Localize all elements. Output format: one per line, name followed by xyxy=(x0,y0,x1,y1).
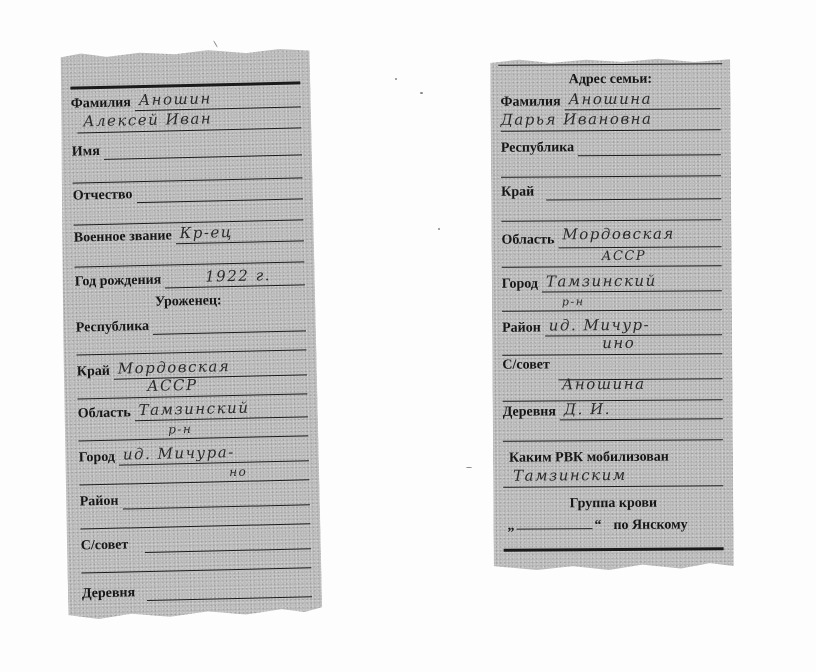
scan-speck xyxy=(420,92,423,94)
family-republic-label: Республика xyxy=(501,140,574,157)
family-village-value: Д. И. xyxy=(564,400,611,418)
patronymic-field xyxy=(136,182,303,203)
family-address-heading: Адрес семьи: xyxy=(490,71,730,89)
family-village-label: Деревня xyxy=(503,404,556,420)
mobilized-by-field: Тамзинским xyxy=(503,467,723,488)
family-district-continuation: ино xyxy=(502,335,722,356)
blood-group-system: по Янскому xyxy=(613,517,687,534)
rank-value: Кр-ец xyxy=(179,223,233,242)
blood-group-field xyxy=(516,528,592,530)
rank-field: Кр-ец xyxy=(176,224,304,244)
family-city-value: Тамзинский xyxy=(546,272,657,291)
family-city-continuation: р-н xyxy=(502,291,722,312)
given-names-value: Алексей Иван xyxy=(83,109,212,130)
bottom-rule xyxy=(504,547,724,552)
family-village-council-label: С/совет xyxy=(502,358,550,372)
family-village-council-value: Аношина xyxy=(562,375,646,394)
family-city-row: Город Тамзинский xyxy=(502,269,722,293)
village-label: Деревня xyxy=(82,585,136,602)
republic-row: Республика xyxy=(76,309,306,336)
family-city-label: Город xyxy=(502,277,538,293)
family-address-card: Адрес семьи: Фамилия Аношина Дарья Ивано… xyxy=(490,57,734,573)
mobilized-by-value: Тамзинским xyxy=(513,466,627,485)
village-council-row: С/совет xyxy=(80,527,310,554)
scan-speck xyxy=(213,40,218,47)
republic-label: Республика xyxy=(76,319,150,337)
family-republic-row: Республика xyxy=(501,133,721,157)
patronymic-row: Отчество xyxy=(73,177,303,204)
city-value: ид. Мичура- xyxy=(123,443,235,464)
scanned-page: Фамилия Аношин Алексей Иван Имя Отчество… xyxy=(0,0,816,672)
family-surname-label: Фамилия xyxy=(500,94,560,110)
family-krai-row: Край xyxy=(501,177,721,201)
oblast-label: Область xyxy=(78,405,131,422)
name-field xyxy=(104,138,302,159)
family-oblast-row: Область Мордовская xyxy=(501,225,721,249)
village-council-field xyxy=(144,532,311,553)
mobilized-by-label: Каким РВК мобилизован xyxy=(499,449,733,467)
family-surname-value: Аношина xyxy=(569,90,653,109)
family-surname-row: Фамилия Аношина xyxy=(500,87,720,111)
oblast-continuation: р-н xyxy=(78,417,308,441)
krai-label: Край xyxy=(77,364,110,381)
surname-field: Аношин xyxy=(135,90,301,111)
family-krai-label: Край xyxy=(501,185,534,201)
blood-group-row: „ “ по Янскому xyxy=(507,513,723,535)
surname-value: Аношин xyxy=(139,89,212,109)
birth-year-value: 1922 г. xyxy=(205,266,271,285)
family-oblast-value: Мордовская xyxy=(562,225,675,244)
city-continuation: но xyxy=(79,461,309,485)
name-label: Имя xyxy=(72,144,100,161)
surname-label: Фамилия xyxy=(71,95,131,112)
family-republic-field xyxy=(578,138,721,156)
krai-value: Мордовская xyxy=(118,357,231,378)
family-village-council-row: С/совет Аношина xyxy=(502,357,722,381)
family-city-field: Тамзинский xyxy=(542,274,722,292)
family-oblast-label: Область xyxy=(501,232,554,248)
birth-year-field: 1922 г. xyxy=(165,268,305,288)
family-given-names-value: Дарья Ивановна xyxy=(501,110,653,129)
surname-row: Фамилия Аношин xyxy=(70,85,300,112)
birth-year-label: Год рождения xyxy=(75,273,162,291)
patronymic-label: Отчество xyxy=(73,187,133,204)
name-row: Имя xyxy=(72,133,302,160)
family-village-row: Деревня Д. И. xyxy=(503,397,723,421)
family-surname-field: Аношина xyxy=(565,92,721,110)
village-row: Деревня xyxy=(82,575,312,602)
rank-row: Военное звание Кр-ец xyxy=(73,219,303,246)
soldier-medallion-card: Фамилия Аношин Алексей Иван Имя Отчество… xyxy=(56,47,323,621)
republic-field xyxy=(153,314,306,334)
family-district-label: Район xyxy=(502,320,541,336)
family-village-council-field: Аношина xyxy=(558,362,723,380)
family-oblast-field: Мордовская xyxy=(558,230,721,248)
surname-continuation: Алексей Иван xyxy=(77,109,301,133)
birth-year-row: Год рождения 1922 г. xyxy=(74,263,304,290)
scan-speck xyxy=(438,228,440,230)
family-krai-field xyxy=(546,182,721,200)
village-field xyxy=(147,580,312,601)
family-surname-continuation: Дарья Ивановна xyxy=(501,111,721,132)
scan-speck xyxy=(395,78,397,80)
scan-speck xyxy=(466,467,472,468)
city-label: Город xyxy=(79,450,116,467)
family-district-value: ид. Мичур- xyxy=(549,316,651,335)
district-row: Район xyxy=(79,483,309,510)
district-label: Район xyxy=(80,494,119,511)
village-council-label: С/совет xyxy=(81,537,129,554)
oblast-value: Тамзинский xyxy=(138,399,249,420)
family-oblast-continuation: АССР xyxy=(502,247,722,268)
blood-group-heading: Группа крови xyxy=(493,495,733,513)
district-field xyxy=(122,488,310,509)
family-village-field: Д. И. xyxy=(560,402,723,420)
rank-label: Военное звание xyxy=(74,228,172,246)
